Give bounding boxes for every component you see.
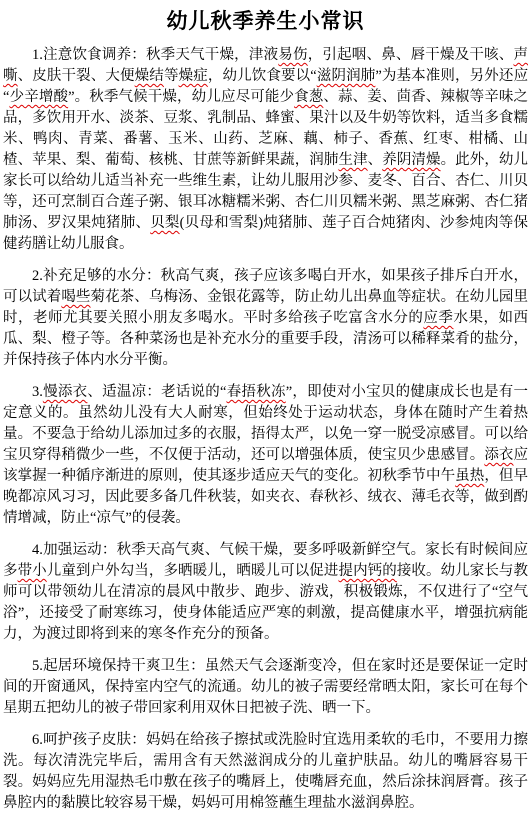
spellcheck-flagged-text: 燥结 — [135, 68, 164, 84]
spellcheck-flagged-text: 燥症 — [179, 68, 208, 84]
spellcheck-flagged-text: 春捂秋冻 — [226, 384, 285, 400]
text-run: ，引起咽、鼻、唇干燥及干咳、 — [308, 47, 514, 63]
document-title: 幼儿秋季养生小常识 — [3, 10, 528, 34]
spellcheck-flagged-text: 生津 — [338, 152, 367, 168]
spellcheck-flagged-text: 带小 — [18, 563, 47, 579]
spellcheck-flagged-text: 易伤 — [278, 47, 307, 63]
spellcheck-flagged-text: 慢添衣 — [43, 384, 87, 400]
text-run: 、 — [368, 152, 383, 168]
spellcheck-flagged-text: 提内钙的 — [338, 563, 396, 579]
text-run: ”。秋季气候干燥，幼儿应尽可能少 — [68, 89, 294, 105]
spellcheck-flagged-text: 滋阴润肺 — [317, 68, 376, 84]
paragraph-5: 5.起居环境保持干爽卫生：虽然天气会逐渐变冷，但在家时还是要保证一定时间的开窗通… — [3, 656, 528, 719]
text-run: 等 — [164, 68, 179, 84]
spellcheck-flagged-text: 应季 — [423, 310, 453, 326]
document-page: 幼儿秋季养生小常识 1.注意饮食调养：秋季天气干燥，津液易伤，引起咽、鼻、唇干燥… — [0, 0, 531, 825]
text-run: 儿童到户外勾当，多晒暖儿，晒暖儿可以促进 — [47, 563, 339, 579]
spellcheck-flagged-text: 少辛增酸 — [9, 89, 68, 105]
spellcheck-flagged-text: 养阴清燥 — [382, 152, 440, 168]
paragraph-6: 6.呵护孩子皮肤：妈妈在给孩子擦拭或洗脸时宜选用柔软的毛巾，不要用力擦洗。每次清… — [3, 730, 528, 814]
text-run: ，幼儿饮食要以“ — [208, 68, 317, 84]
text-run: 、皮肤干裂、大便 — [18, 68, 135, 84]
text-run: 、适温凉：老话说的“ — [87, 384, 226, 400]
spellcheck-flagged-text: 虽热 — [455, 468, 484, 484]
paragraph-1: 1.注意饮食调养：秋季天气干燥，津液易伤，引起咽、鼻、唇干燥及干咳、声嘶、皮肤干… — [3, 45, 528, 255]
text-run: 1.注意饮食调养：秋季天气干燥，津液 — [32, 47, 278, 63]
text-run: 5.起居环境保持干爽卫生：虽然天气会逐渐变冷，但在家时还是要保证一定时间的开窗通… — [3, 658, 528, 716]
spellcheck-flagged-text: 添衣 — [484, 447, 513, 463]
text-run: 6.呵护孩子皮肤：妈妈在给孩子擦拭或洗脸时宜选用柔软的毛巾，不要用力擦洗。每次清… — [3, 732, 528, 811]
document-body: 1.注意饮食调养：秋季天气干燥，津液易伤，引起咽、鼻、唇干燥及干咳、声嘶、皮肤干… — [3, 45, 528, 814]
paragraph-4: 4.加强运动：秋季天高气爽、气候干燥，要多呼吸新鲜空气。家长有时候间应多带小儿童… — [3, 540, 528, 645]
text-run: 3. — [32, 384, 43, 400]
paragraph-2: 2.补充足够的水分：秋高气爽，孩子应该多喝白开水，如果孩子排斥白开水，可以试着喝… — [3, 266, 528, 371]
spellcheck-flagged-text: 食葱 — [294, 89, 323, 105]
spellcheck-flagged-text: 喝些 — [61, 289, 90, 305]
spellcheck-flagged-text: 贝梨 — [150, 215, 179, 231]
paragraph-3: 3.慢添衣、适温凉：老话说的“春捂秋冻”，即使对小宝贝的健康成长也是有一定意义的… — [3, 382, 528, 529]
